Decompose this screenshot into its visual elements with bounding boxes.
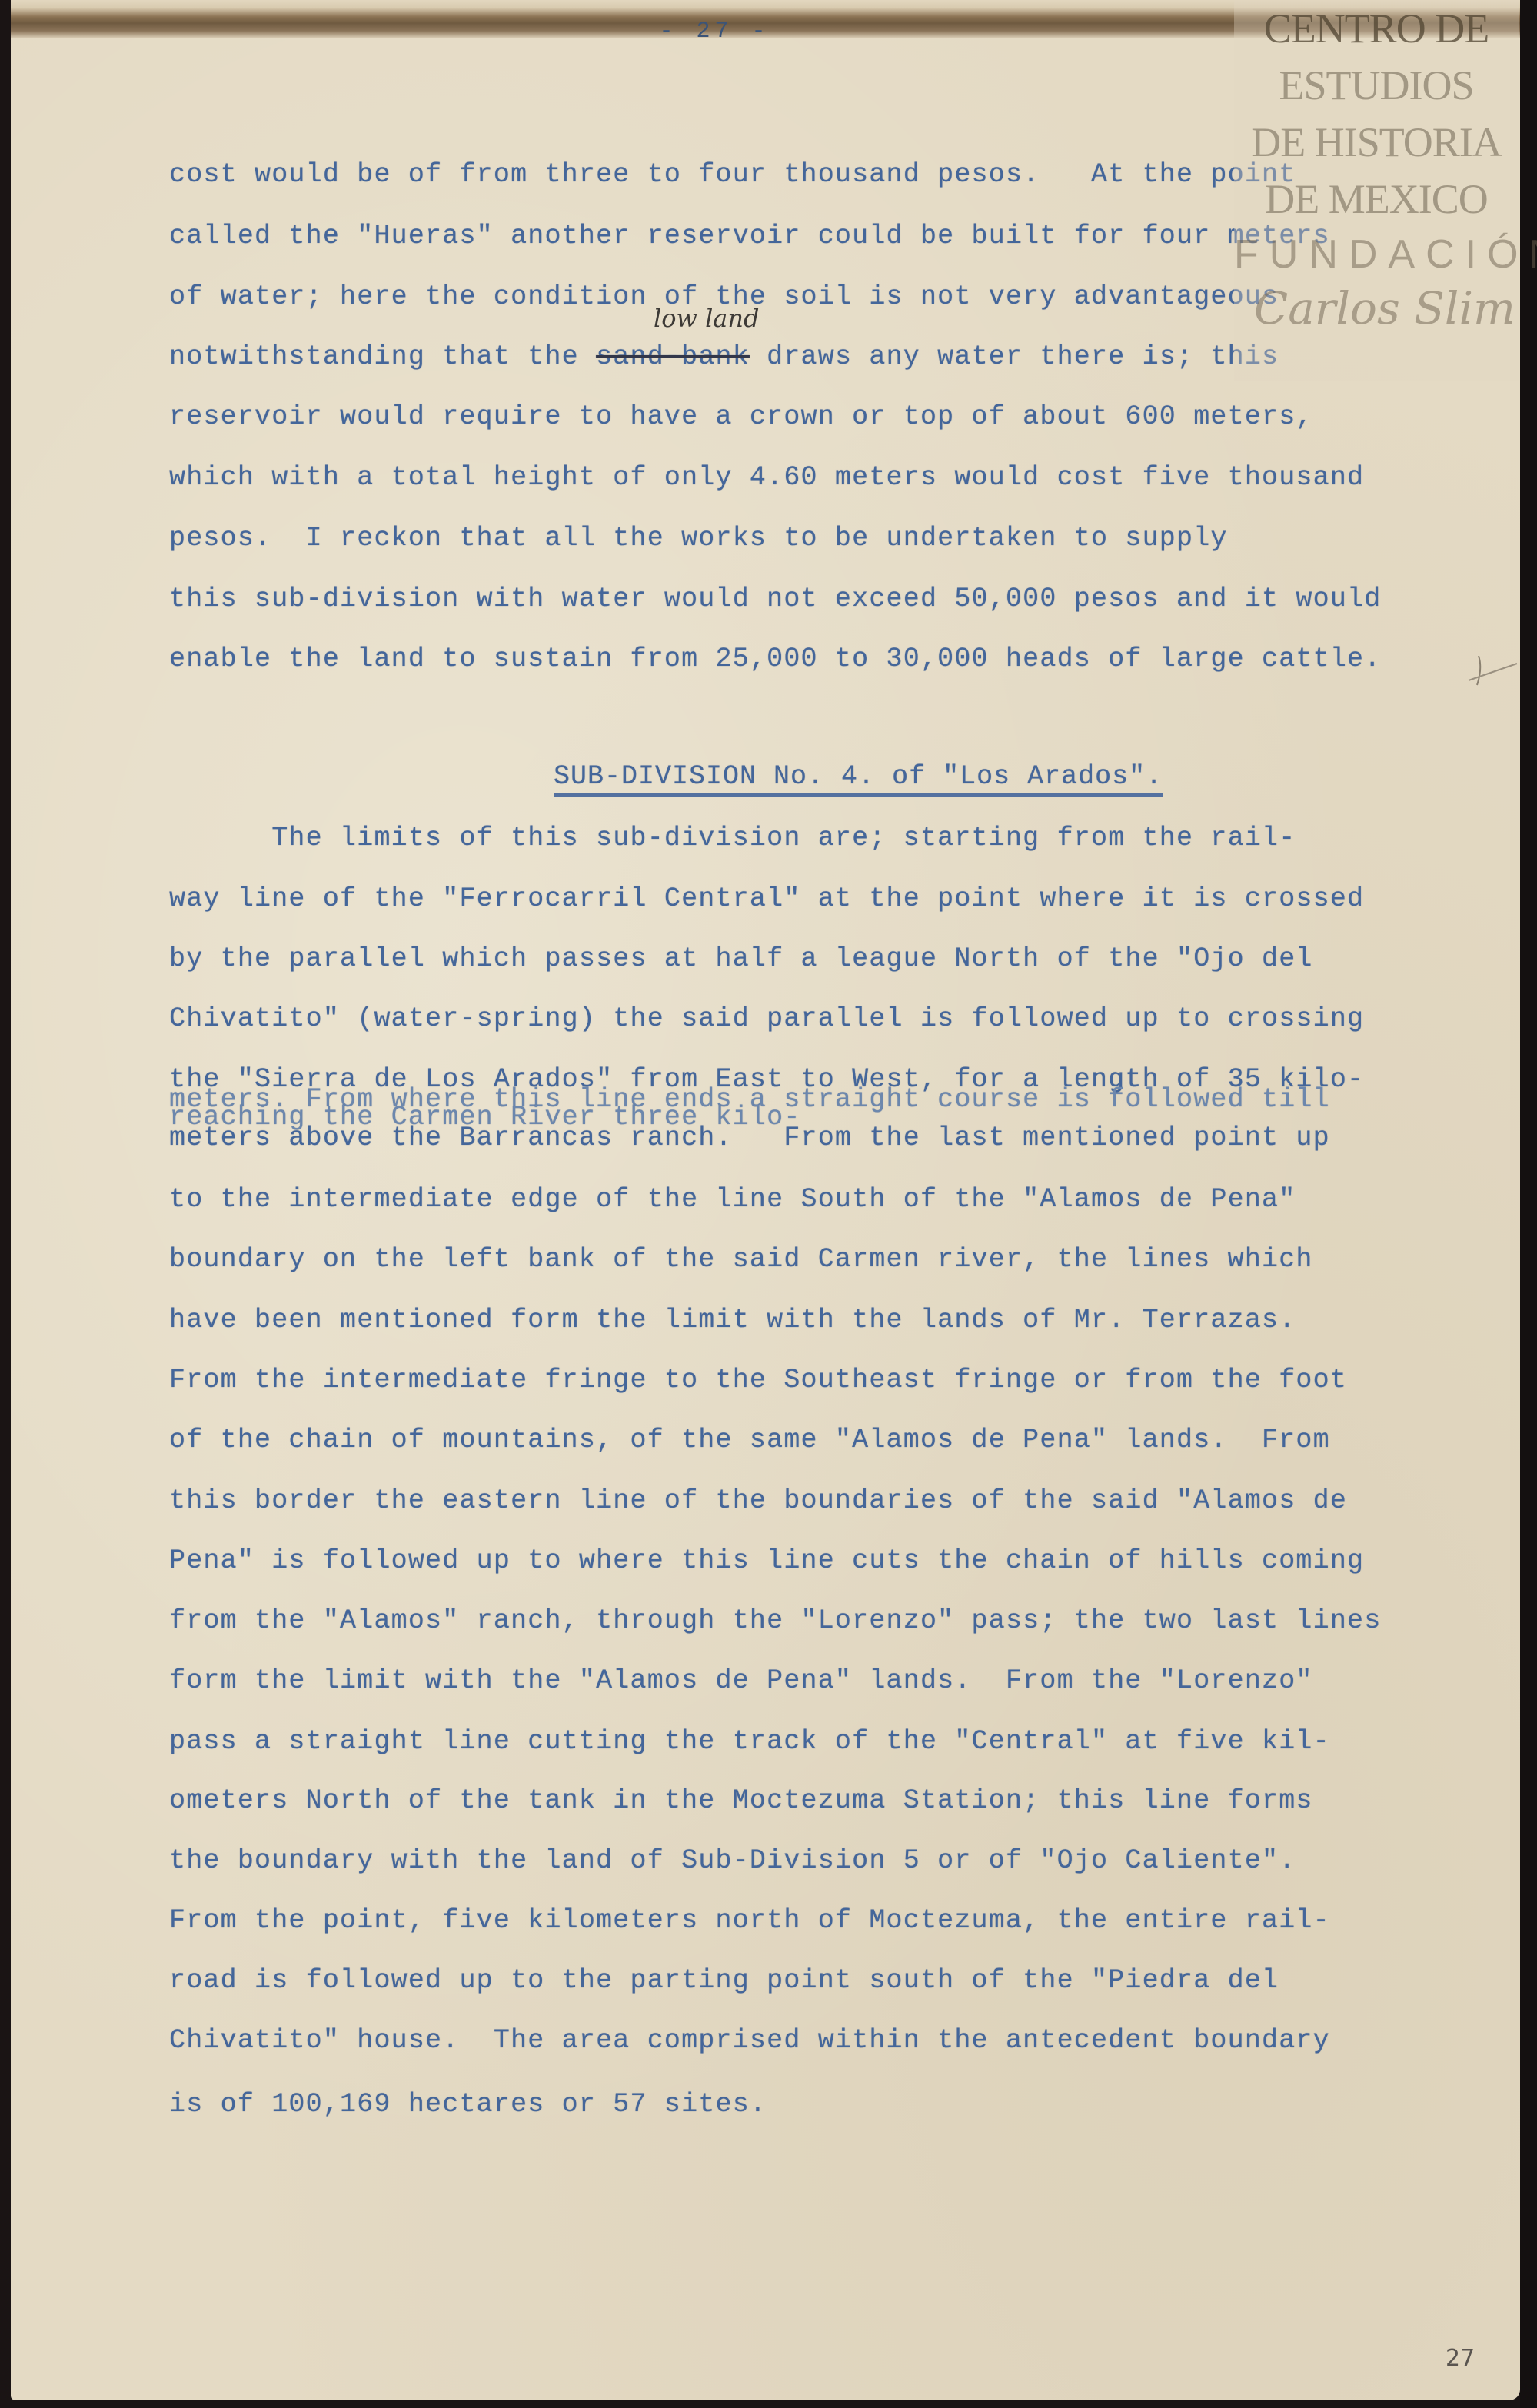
text-line: which with a total height of only 4.60 m… (169, 462, 1364, 493)
text-line: road is followed up to the parting point… (169, 1965, 1279, 1996)
text-line-with-correction: notwithstanding that the sand-bank draws… (169, 341, 1279, 372)
handwritten-folio-number: 27 (1446, 2345, 1475, 2372)
text-line: Chivatito" house. The area comprised wit… (169, 2025, 1330, 2056)
text-line: called the "Hueras" another reservoir co… (169, 221, 1330, 251)
text-line: The limits of this sub-division are; sta… (169, 823, 1296, 853)
text-line: boundary on the left bank of the said Ca… (169, 1244, 1313, 1275)
text-line: form the limit with the "Alamos de Pena"… (169, 1665, 1313, 1696)
text-line: From the intermediate fringe to the Sout… (169, 1365, 1347, 1395)
text-line: Pena" is followed up to where this line … (169, 1545, 1364, 1576)
section-heading: SUB-DIVISION No. 4. of "Los Arados". (554, 761, 1163, 797)
text-line: meters above the Barrancas ranch. From t… (169, 1123, 1330, 1153)
text-line: by the parallel which passes at half a l… (169, 943, 1313, 974)
text-line: the boundary with the land of Sub-Divisi… (169, 1845, 1296, 1876)
pencil-check-mark-icon (1465, 650, 1519, 696)
text-line: Chivatito" (water-spring) the said paral… (169, 1003, 1364, 1034)
text-line: is of 100,169 hectares or 57 sites. (169, 2089, 767, 2120)
watermark-fundacion: FUNDACIÓN (1234, 228, 1519, 281)
text-line: this sub-division with water would not e… (169, 584, 1381, 614)
text-line: pesos. I reckon that all the works to be… (169, 523, 1228, 554)
watermark-line: DE HISTORIA (1234, 114, 1519, 171)
text-line: this border the eastern line of the boun… (169, 1485, 1347, 1516)
text-line: From the point, five kilometers north of… (169, 1905, 1330, 1936)
archive-watermark: CENTRO DE ESTUDIOS DE HISTORIA DE MEXICO… (1234, 0, 1519, 381)
watermark-line: DE MEXICO (1234, 171, 1519, 228)
text-line: way line of the "Ferrocarril Central" at… (169, 883, 1364, 914)
text-line: from the "Alamos" ranch, through the "Lo… (169, 1605, 1381, 1636)
text-line: reservoir would require to have a crown … (169, 401, 1313, 432)
text-segment: draws any water there is; this (750, 341, 1279, 372)
text-segment: notwithstanding that the (169, 341, 596, 372)
text-line: to the intermediate edge of the line Sou… (169, 1184, 1296, 1215)
text-line: enable the land to sustain from 25,000 t… (169, 644, 1381, 674)
watermark-line: ESTUDIOS (1234, 57, 1519, 114)
text-line: ometers North of the tank in the Moctezu… (169, 1785, 1313, 1816)
text-line: pass a straight line cutting the track o… (169, 1726, 1330, 1757)
struck-out-text: sand-bank (596, 341, 750, 372)
handwritten-correction: low land (654, 304, 759, 333)
text-line: have been mentioned form the limit with … (169, 1305, 1296, 1335)
text-line: cost would be of from three to four thou… (169, 159, 1296, 190)
watermark-line: CENTRO DE (1234, 0, 1519, 57)
watermark-signature: Carlos Slim (1234, 281, 1519, 335)
text-line: of the chain of mountains, of the same "… (169, 1425, 1330, 1455)
scan-background-edge (1520, 0, 1537, 2408)
